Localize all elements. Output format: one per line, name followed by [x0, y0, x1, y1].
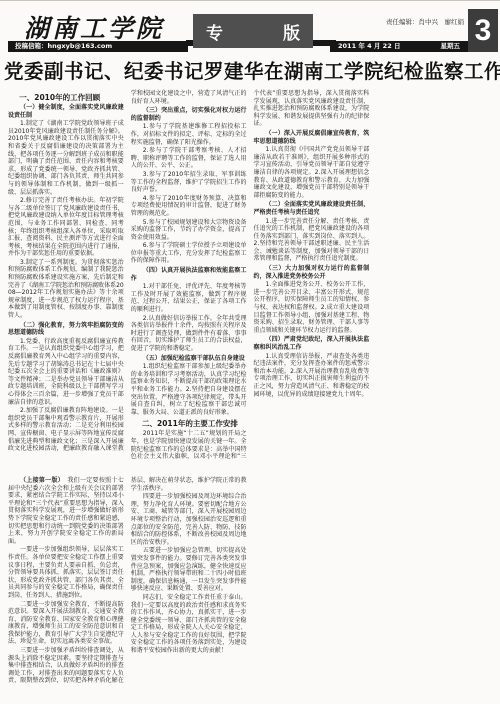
editors-line: 责任编辑：肖中兴 廖红娟 — [264, 17, 464, 27]
article-block-para: 1.认真贯彻《中国共产党党员领导干部廉洁从政若干准则》，组织开展多种形式的学习宣… — [254, 146, 370, 199]
article-block-head: 一、2010年的工作回顾 — [8, 93, 124, 102]
article-block-para: 2.认真做好信访举报工作。全年共受理各类信访举报件十余件，均按照有关程序及时进行… — [131, 315, 247, 353]
article1-body: 一、2010年的工作回顾（一）健全制度，全面落实党风廉政建设责任制1.制定了《湖… — [8, 90, 492, 466]
article-block-para: 6.参与了学院硕士学位授予立项建设单位申报等重大工作，充分发挥了纪检监察工作的保… — [131, 242, 247, 265]
article-block-para: 二要进一步加强安全教育，不断提高防范意识。要深入开展法制教育、交通安全教育、消防… — [8, 601, 124, 647]
article-block-para: 1.对干部任免、评优评先、年度考核等工作及时开展了效能监察，做到了程序规范、过程… — [131, 283, 247, 313]
article-block-para: 1.参与了学院基建维修工程招投标工作，对招标文件的拟定、评标、定标的全过程实施监… — [131, 123, 247, 146]
article-block-para: 五要进一步加强应急管理，切实提高处置突发事件的能力。要修订完善各类突发事件应急预… — [131, 547, 247, 593]
issue-weekday: 星期五 — [441, 41, 461, 52]
article-block-para: 同志们，安全稳定工作责任重于泰山。我们一定要以高度的政治责任感和求真务实的工作作… — [131, 594, 247, 655]
submission-mailbox-bar: 投稿信箱：hngxyb@163.com — [8, 41, 188, 52]
issue-date: 2011 年 4 月 22 日 — [338, 41, 400, 52]
article-block-para: 四要进一步加强校园及周边环境综合治理，努力净化育人环境。要密切配合地方公安、工商… — [131, 493, 247, 546]
main-headline: 党委副书记、纪委书记罗建华在湖南工学院纪检监察工作会议上的报告 — [4, 56, 496, 84]
article-block-para: 2.参与了学院干部考察考核、人才招聘、职称评聘等工作的监督，保证了选人用人的公开… — [131, 147, 247, 170]
article-block-para: 1.全面推进党务公开、校务公开工作，进一步完善公开目录、丰富公开形式、规范公开程… — [254, 281, 370, 334]
article-block-sub: （四）严肃党纪政纪，深入开展执法监察和纠风治乱工作 — [254, 336, 370, 351]
article2-body: （上接第一版） 我们一定要按照十七届中央纪委六次全会和上级有关会议的部署要求，紧… — [8, 477, 492, 697]
article-block-sub: （一）深入开展反腐倡廉宣传教育，筑牢思想道德防线 — [254, 130, 370, 145]
article-block-para: 3.制定了一系列制度。为贯彻落实惩治和预防腐败体系工作规划，编制了我院惩治和预防… — [8, 259, 124, 320]
article-block-para: 1.党委、行政高度重视反腐倡廉宣传教育工作。一是认真组织党委中心组学习，把反腐倡… — [8, 338, 124, 406]
masthead-title: 湖南工学院 — [24, 9, 194, 41]
article-block-para: 一要进一步加强组织领导，层层落实工作责任。各单位要把安全稳定工作摆上重要议事日程… — [8, 546, 124, 599]
article-block-sub: （三）突出重点，切实强化对权力运行的监督制约 — [131, 107, 247, 122]
article-block-sub: （三）大力加强对权力运行的监督制约，深入推进党务校务公开 — [254, 265, 370, 280]
article-block-para: 1.认真受理信访举报，严肃查处各类违纪违法案件，充分发挥查办案件的惩戒警示和治本… — [254, 353, 370, 399]
page-number-box: 3 — [468, 9, 498, 52]
article-block-lead: （上接第一版） 我们一定要按照十七届中央纪委六次全会和上级有关会议的部署要求，紧… — [8, 477, 124, 545]
continued-from-label: （上接第一版） — [20, 477, 61, 484]
banner-char-left: 专 — [206, 19, 223, 44]
article-block-para: 3.参与了2010年招生录取、军事训练等工作的全程监督，维护了学院招生工作的良好… — [131, 171, 247, 194]
article-block-sub: （二）全面落实党风廉政建设责任制，严格责任考核与责任追究 — [254, 201, 370, 216]
article-block-sub: （四）认真开展执法监察和效能监察工作 — [131, 267, 247, 282]
article-block-para: 2.修订完善了责任考核办法。年初学院与各二级单位签订了党风廉政建设责任书，把党风… — [8, 197, 124, 258]
article-block-sub: （五）加强纪检监察干部队伍自身建设 — [131, 355, 247, 363]
article-block-para: 4.参与了2010年度财务预算、决算和专项经费使用情况的审计监督，促进了财务管理… — [131, 195, 247, 218]
article-block-para: 5.参与了校园规划建设和大宗物资设备采购的监督工作，节约了办学资金，提高了资金使… — [131, 219, 247, 242]
article-block-para: 1.进一步完善责任分解、责任考核、责任追究的工作机制，把党风廉政建设的各项任务落… — [254, 218, 370, 264]
newspaper-page: 湖南工学院 投稿信箱：hngxyb@163.com 专 版 责任编辑：肖中兴 廖… — [0, 0, 500, 704]
article-block-sub: （二）强化教育，努力筑牢拒腐防变的思想道德防线 — [8, 322, 124, 337]
article-block-para: 1.制定了《湖南工学院党政领导班子成员2010年党风廉政建设责任制任务分解》。2… — [8, 120, 124, 196]
article-block-head: 二、2011年的主要工作安排 — [131, 419, 247, 428]
date-bar: 2011 年 4 月 22 日 星期五 — [330, 41, 468, 52]
article-block-para: 1.组织纪检监察干部参加上级纪委举办的业务培训和学习考察活动，认真学习纪检监察业… — [131, 363, 247, 416]
article-block-sub: （一）健全制度，全面落实党风廉政建设责任制 — [8, 104, 124, 119]
